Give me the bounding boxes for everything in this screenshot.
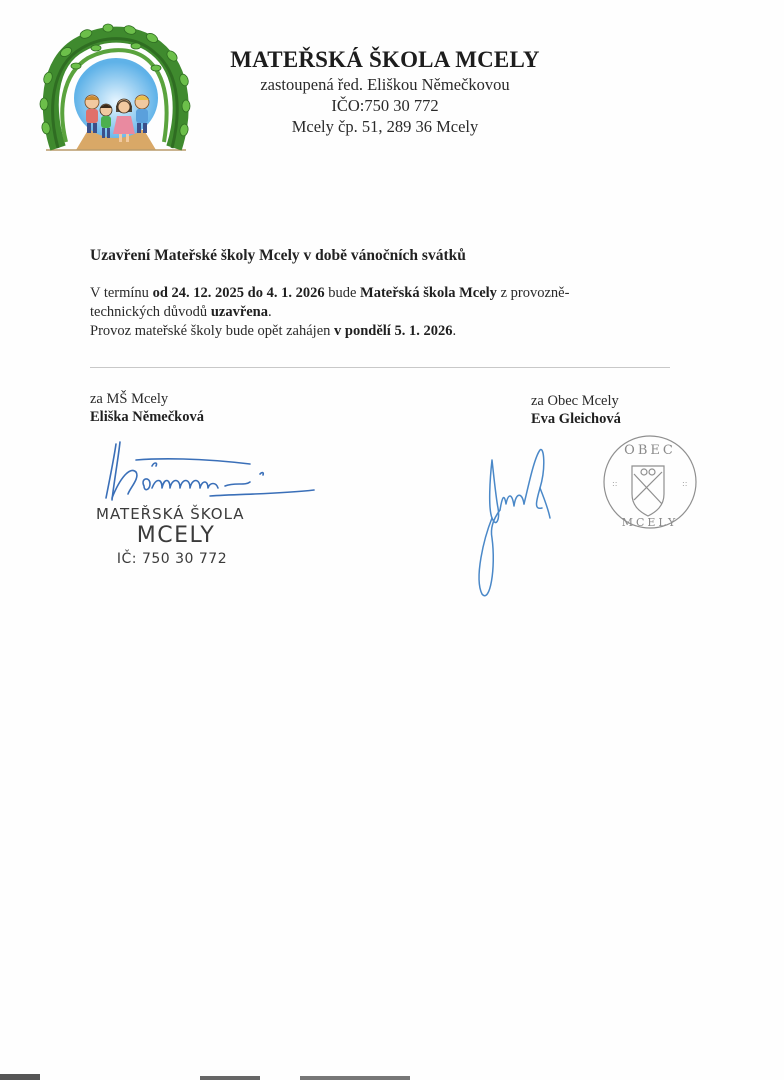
stamp-line-1: MATEŘSKÁ ŠKOLA [96, 504, 276, 524]
school-name-inline: Mateřská škola Mcely [360, 285, 497, 301]
signatory-name: Eva Gleichová [531, 410, 621, 428]
text-run: . [268, 304, 272, 320]
notice-title: Uzavření Mateřské školy Mcely v době ván… [90, 246, 670, 266]
svg-text:::: :: [612, 479, 617, 488]
school-logo-icon [36, 22, 196, 154]
handwritten-signature-icon [470, 448, 570, 603]
text-run: V termínu [90, 285, 153, 301]
on-behalf-label: za Obec Mcely [531, 392, 621, 410]
stamp-top-text: OBEC [624, 443, 676, 458]
company-id: IČO:750 30 772 [220, 95, 550, 116]
school-name: MATEŘSKÁ ŠKOLA MCELY [220, 46, 550, 74]
text-run: . [452, 323, 456, 339]
stamp-bottom-text: MCELY [622, 516, 679, 529]
notice: Uzavření Mateřské školy Mcely v době ván… [90, 246, 670, 341]
signature-block-school: za MŠ Mcely Eliška Němečková [90, 390, 204, 426]
svg-text:::: :: [682, 479, 687, 488]
handwritten-signature-icon [100, 438, 320, 508]
divider [90, 367, 670, 368]
school-stamp: MATEŘSKÁ ŠKOLA MCELY IČ: 750 30 772 [96, 504, 276, 570]
represented-by: zastoupená řed. Eliškou Němečkovou [220, 74, 550, 95]
notice-body: V termínu od 24. 12. 2025 do 4. 1. 2026 … [90, 284, 670, 341]
text-run: technických důvodů [90, 304, 211, 320]
text-run: bude [325, 285, 360, 301]
on-behalf-label: za MŠ Mcely [90, 390, 204, 408]
document-page: MATEŘSKÁ ŠKOLA MCELY zastoupená řed. Eli… [0, 0, 784, 1080]
closure-dates: od 24. 12. 2025 do 4. 1. 2026 [153, 285, 325, 301]
text-run: Provoz mateřské školy bude opět zahájen [90, 323, 334, 339]
notice-paragraph-reopening: Provoz mateřské školy bude opět zahájen … [90, 322, 670, 341]
reopening-date: v pondělí 5. 1. 2026 [334, 323, 452, 339]
scan-edge-artifact [0, 1074, 784, 1080]
municipality-stamp-icon: OBEC MCELY :: :: [598, 432, 700, 532]
text-run: z provozně- [497, 285, 569, 301]
notice-paragraph-closure: V termínu od 24. 12. 2025 do 4. 1. 2026 … [90, 284, 670, 322]
stamp-line-3: IČ: 750 30 772 [68, 548, 276, 570]
signatory-name: Eliška Němečková [90, 408, 204, 426]
letterhead: MATEŘSKÁ ŠKOLA MCELY zastoupená řed. Eli… [220, 46, 550, 137]
closed-word: uzavřena [211, 304, 268, 320]
signature-block-municipality: za Obec Mcely Eva Gleichová [531, 392, 621, 428]
address: Mcely čp. 51, 289 36 Mcely [220, 116, 550, 137]
stamp-line-2: MCELY [76, 524, 276, 548]
